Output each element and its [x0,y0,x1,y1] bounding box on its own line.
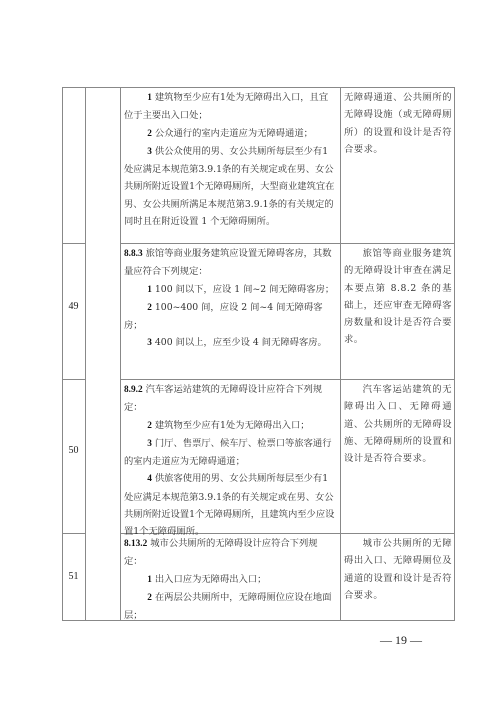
row-divider [62,379,86,380]
item-number: 2 [147,303,152,313]
table-border-right [454,87,455,621]
item-number: 1 [147,93,152,103]
row-number: 51 [62,571,85,582]
review-note: 旅馆等商业服务建筑的无障碍设计审查在满足本要点第 8.8.2 条的基础上，还应审… [344,245,452,349]
row-divider [120,379,455,380]
clause-item-text: 在两层公共厕所中，无障碍厕位应设在地面层； [124,592,332,621]
review-note-text: 汽车客运站建筑的无障碍出入口、无障碍通道、公共厕所的无障碍设施、无障碍厕所的设置… [344,381,452,467]
clause-item-text: 400 间以上，应至少设 4 间无障碍客房。 [155,337,327,348]
clause-cell: 8.9.2 汽车客运站建筑的无障碍设计应符合下列规定： 2 建筑物至少应有1处为… [124,381,336,541]
item-number: 1 [147,575,152,585]
item-number: 4 [147,474,152,484]
clause-cell: 1 建筑物至少应有1处为无障碍出入口，且宜位于主要出入口处； 2 公众通行的室内… [124,89,336,230]
review-note-text: 城市公共厕所的无障碍出入口、无障碍厕位及通道的设置和设计是否符合要求。 [344,535,452,604]
table-border-top [62,87,455,88]
row-divider [62,533,86,534]
clause-code: 8.8.3 [124,249,143,259]
row-number: 49 [62,301,85,312]
page-number: — 19 — [380,633,422,648]
clause-item-text: 供公众使用的男、女公共厕所每层至少有1处应满足本规范第3.9.1条的有关规定或在… [124,146,334,227]
clause-item-text: 建筑物至少应有1处为无障碍出入口； [155,420,310,431]
clause-intro: 旅馆等商业服务建筑应设置无障碍客房，其数量应符合下列规定： [124,248,332,277]
clause-item-text: 公众通行的室内走道应为无障碍通道； [155,128,313,139]
column-divider-2 [120,87,121,621]
review-note: 无障碍通道、公共厕所的无障碍设施（或无障碍厕所）的设置和设计是否符合要求。 [344,89,452,158]
item-number: 3 [147,147,152,157]
clause-intro: 汽车客运站建筑的无障碍设计应符合下列规定： [124,384,322,413]
clause-intro: 城市公共厕所的无障碍设计应符合下列规定： [124,538,318,567]
clause-code: 8.9.2 [124,385,143,395]
clause-item-text: 100~400 间，应设 2 间~4 间无障碍客房； [124,302,323,331]
row-divider [62,243,86,244]
row-divider [120,243,455,244]
item-number: 2 [147,129,152,139]
review-table: 1 建筑物至少应有1处为无障碍出入口，且宜位于主要出入口处； 2 公众通行的室内… [62,87,455,621]
clause-cell: 8.8.3 旅馆等商业服务建筑应设置无障碍客房，其数量应符合下列规定： 1 10… [124,245,336,353]
row-number: 50 [62,445,85,456]
table-border-left [62,87,63,621]
item-number: 1 [147,285,152,295]
column-divider-1 [85,87,86,621]
clause-item-text: 门厅、售票厅、候车厅、检票口等旅客通行的室内走道应为无障碍通道； [124,438,332,467]
clause-code: 8.13.2 [124,539,147,549]
item-number: 3 [147,439,152,449]
clause-item-text: 建筑物至少应有1处为无障碍出入口，且宜位于主要出入口处； [124,92,328,121]
item-number: 2 [147,421,152,431]
clause-item-text: 供旅客使用的男、女公共厕所每层至少有1处应满足本规范第3.9.1条的有关规定或在… [124,473,334,537]
clause-cell: 8.13.2 城市公共厕所的无障碍设计应符合下列规定： 1 出入口应为无障碍出入… [124,535,336,624]
review-note: 城市公共厕所的无障碍出入口、无障碍厕位及通道的设置和设计是否符合要求。 [344,535,452,604]
clause-item-text: 100 间以下，应设 1 间~2 间无障碍客房； [155,284,334,295]
review-note-text: 旅馆等商业服务建筑的无障碍设计审查在满足本要点第 8.8.2 条的基础上，还应审… [344,245,452,349]
column-divider-3 [340,87,341,621]
item-number: 2 [147,593,152,603]
item-number: 3 [147,338,152,348]
clause-item-text: 出入口应为无障碍出入口； [155,574,267,585]
review-note: 汽车客运站建筑的无障碍出入口、无障碍通道、公共厕所的无障碍设施、无障碍厕所的设置… [344,381,452,467]
